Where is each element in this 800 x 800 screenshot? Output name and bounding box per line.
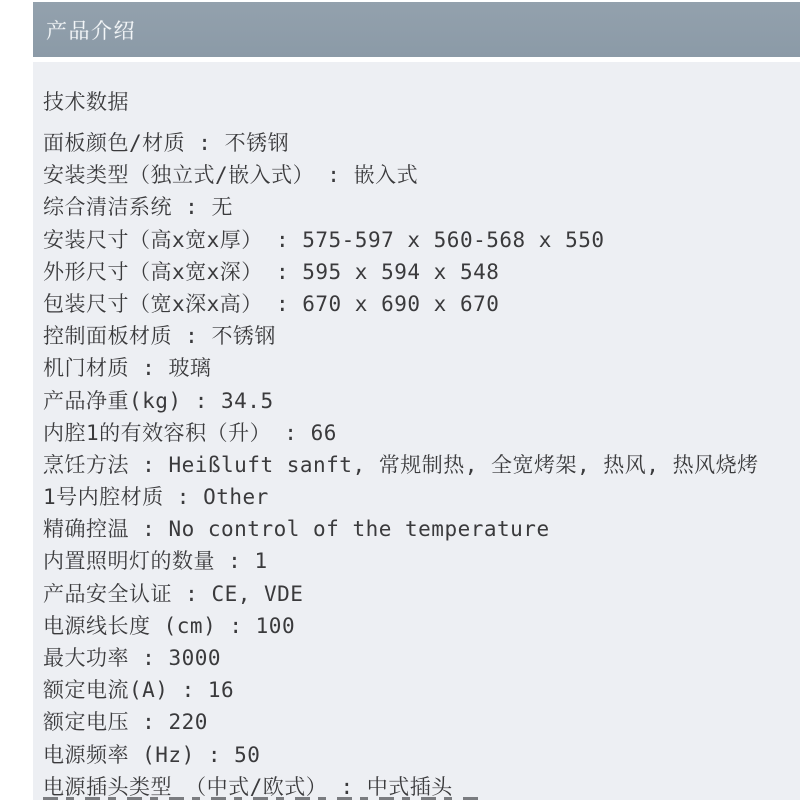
spec-row: 额定电流(A) : 16	[43, 674, 800, 706]
spec-label: 包装尺寸（宽x深x高）	[43, 292, 263, 316]
spec-separator: :	[129, 710, 168, 734]
spec-label: 额定电流(A)	[43, 678, 168, 702]
spec-value: 34.5	[221, 389, 274, 413]
spec-row: 安装类型（独立式/嵌入式） : 嵌入式	[43, 159, 800, 191]
spec-separator: :	[215, 549, 254, 573]
spec-label: 安装尺寸（高x宽x厚）	[43, 228, 263, 252]
spec-label: 最大功率	[43, 646, 129, 670]
spec-value: 66	[311, 421, 337, 445]
product-intro-header-bar: 产品介绍	[33, 2, 800, 57]
spec-row: 安装尺寸（高x宽x厚） : 575-597 x 560-568 x 550	[43, 224, 800, 256]
spec-row: 内腔1的有效容积（升） : 66	[43, 417, 800, 449]
spec-separator: :	[168, 678, 207, 702]
spec-label: 机门材质	[43, 356, 129, 380]
spec-value: 1	[254, 549, 267, 573]
spec-label: 综合清洁系统	[43, 195, 172, 219]
spec-separator: :	[164, 485, 203, 509]
spec-value: 100	[256, 614, 295, 638]
spec-value: 220	[168, 710, 207, 734]
spec-row: 内置照明灯的数量 : 1	[43, 545, 800, 577]
spec-separator: :	[327, 775, 366, 799]
spec-value: Other	[203, 485, 269, 509]
spec-separator: :	[172, 324, 211, 348]
spec-value: 玻璃	[168, 356, 211, 380]
spec-label: 安装类型（独立式/嵌入式）	[43, 163, 314, 187]
spec-row: 1号内腔材质 : Other	[43, 481, 800, 513]
spec-row: 产品安全认证 : CE, VDE	[43, 578, 800, 610]
spec-label: 额定电压	[43, 710, 129, 734]
spec-label: 内置照明灯的数量	[43, 549, 215, 573]
spec-row: 电源频率 (Hz) : 50	[43, 739, 800, 771]
spec-label: 精确控温	[43, 517, 129, 541]
spec-label: 1号内腔材质	[43, 485, 164, 509]
spec-label: 烹饪方法	[43, 453, 129, 477]
spec-list: 面板颜色/材质 : 不锈钢 安装类型（独立式/嵌入式） : 嵌入式 综合清洁系统…	[43, 127, 800, 800]
page: 产品介绍 技术数据 面板颜色/材质 : 不锈钢 安装类型（独立式/嵌入式） : …	[0, 0, 800, 800]
spec-separator: :	[172, 582, 211, 606]
spec-value: No control of the temperature	[168, 517, 549, 541]
spec-value: Heißluft sanft, 常规制热, 全宽烤架, 热风, 热风烧烤	[168, 453, 758, 477]
spec-value: 575-597 x 560-568 x 550	[302, 228, 604, 252]
spec-row: 面板颜色/材质 : 不锈钢	[43, 127, 800, 159]
spec-value: 595 x 594 x 548	[302, 260, 499, 284]
spec-separator: :	[129, 646, 168, 670]
spec-value: 670 x 690 x 670	[302, 292, 499, 316]
spec-value: 不锈钢	[225, 131, 290, 155]
tech-specs-panel: 技术数据 面板颜色/材质 : 不锈钢 安装类型（独立式/嵌入式） : 嵌入式 综…	[33, 62, 800, 800]
spec-label: 电源插头类型 （中式/欧式）	[43, 775, 327, 799]
spec-label: 产品安全认证	[43, 582, 172, 606]
spec-row: 电源线长度 (cm) : 100	[43, 610, 800, 642]
spec-row: 控制面板材质 : 不锈钢	[43, 320, 800, 352]
spec-value: CE, VDE	[211, 582, 303, 606]
spec-label: 电源频率 (Hz)	[43, 743, 195, 767]
spec-value: 不锈钢	[211, 324, 276, 348]
spec-separator: :	[129, 453, 168, 477]
spec-row: 机门材质 : 玻璃	[43, 352, 800, 384]
section-title: 技术数据	[43, 86, 800, 118]
spec-separator: :	[185, 131, 224, 155]
spec-value: 嵌入式	[354, 163, 419, 187]
spec-label: 外形尺寸（高x宽x深）	[43, 260, 263, 284]
spec-separator: :	[263, 292, 302, 316]
spec-row: 产品净重(kg) : 34.5	[43, 385, 800, 417]
spec-value: 50	[234, 743, 260, 767]
spec-value: 无	[211, 195, 233, 219]
spec-row: 包装尺寸（宽x深x高） : 670 x 690 x 670	[43, 288, 800, 320]
spec-separator: :	[129, 517, 168, 541]
spec-separator: :	[129, 356, 168, 380]
spec-separator: :	[216, 614, 255, 638]
spec-separator: :	[195, 743, 234, 767]
spec-separator: :	[182, 389, 221, 413]
spec-row: 烹饪方法 : Heißluft sanft, 常规制热, 全宽烤架, 热风, 热…	[43, 449, 800, 481]
spec-value: 3000	[168, 646, 221, 670]
spec-label: 面板颜色/材质	[43, 131, 185, 155]
spec-row: 额定电压 : 220	[43, 706, 800, 738]
spec-separator: :	[263, 228, 302, 252]
spec-value: 中式插头	[367, 775, 453, 799]
spec-separator: :	[314, 163, 353, 187]
spec-label: 控制面板材质	[43, 324, 172, 348]
spec-row: 外形尺寸（高x宽x深） : 595 x 594 x 548	[43, 256, 800, 288]
spec-row: 电源插头类型 （中式/欧式） : 中式插头	[43, 771, 800, 800]
spec-label: 产品净重(kg)	[43, 389, 182, 413]
spec-separator: :	[271, 421, 310, 445]
spec-value: 16	[208, 678, 234, 702]
spec-separator: :	[172, 195, 211, 219]
spec-row: 最大功率 : 3000	[43, 642, 800, 674]
spec-label: 内腔1的有效容积（升）	[43, 421, 271, 445]
spec-separator: :	[263, 260, 302, 284]
spec-label: 电源线长度 (cm)	[43, 614, 216, 638]
spec-row: 综合清洁系统 : 无	[43, 191, 800, 223]
spec-row: 精确控温 : No control of the temperature	[43, 513, 800, 545]
page-title: 产品介绍	[46, 15, 136, 45]
